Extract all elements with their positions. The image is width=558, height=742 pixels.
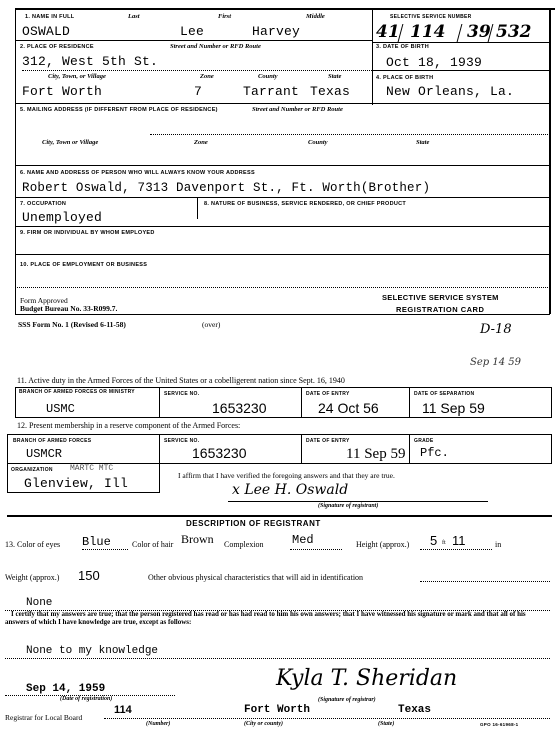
field6-underline <box>15 197 550 198</box>
field5-sub-city: City, Town or Village <box>42 139 98 146</box>
stamp-d18: D-18 <box>480 322 512 337</box>
ssn-boxes: 41 114 39 532 <box>372 24 550 43</box>
reserve-entry-label: Date of entry <box>306 438 350 444</box>
residence-street-value: 312, West 5th St. <box>22 54 158 69</box>
active-duty-table: Branch of armed forces or ministry USMC … <box>15 387 552 418</box>
active-service-no-label: Service no. <box>164 391 199 397</box>
card-bottom-border <box>15 314 550 315</box>
local-board-label: Registrar for Local Board <box>5 713 82 722</box>
registration-date-value: Sep 14, 1959 <box>26 683 105 695</box>
residence-state-value: Texas <box>310 84 350 99</box>
state-caption: (State) <box>378 721 394 727</box>
registrar-signature: Kyla T. Sheridan <box>276 666 457 691</box>
field2-sub-zone: Zone <box>200 73 214 80</box>
field1-sub-middle: Middle <box>306 13 325 20</box>
card-left-border <box>15 8 16 314</box>
other-characteristics-label: Other obvious physical characteristics t… <box>148 573 363 582</box>
reserve-service-no-value: 1653230 <box>192 445 247 461</box>
place-of-birth-value: New Orleans, La. <box>386 84 514 99</box>
card-top-border <box>15 8 555 10</box>
local-board-state: Texas <box>398 704 431 716</box>
ssn-label: Selective Service Number <box>390 14 472 20</box>
active-separation-label: Date of separation <box>414 391 474 397</box>
field10-underline <box>15 287 550 288</box>
first-name-value: Lee <box>180 24 204 39</box>
field9-label: 9. Firm or individual by whom employed <box>20 230 155 236</box>
field5-sub-state: State <box>416 139 429 146</box>
eyes-value: Blue <box>82 535 111 549</box>
col-divider-2 <box>301 388 302 417</box>
field9-underline <box>15 254 550 255</box>
field8-label: 8. Nature of business, service rendered,… <box>204 201 406 207</box>
field12-label: 12. Present membership in a reserve comp… <box>17 421 240 430</box>
reserve-service-no-label: Service no. <box>164 438 199 444</box>
certify-text: I certify that my answers are true; that… <box>5 611 550 626</box>
city-caption: (City or county) <box>244 721 283 727</box>
field11-label: 11. Active duty in the Armed Forces of t… <box>17 376 345 385</box>
complexion-label: Complexion <box>224 540 264 549</box>
height-inches-value: 11 <box>452 533 466 548</box>
active-service-no-value: 1653230 <box>212 400 267 416</box>
ssn-part-3: 39 <box>467 22 491 42</box>
field5-sub-street: Street and Number or RFD Route <box>252 106 343 113</box>
field7-8-divider <box>197 197 198 219</box>
organization-stamp: MARTC MTC <box>70 464 113 473</box>
field2-sub-state: State <box>328 73 341 80</box>
field5-sub-zone: Zone <box>194 139 208 146</box>
weight-value: 150 <box>78 568 100 583</box>
registration-date-caption: (Date of registration) <box>60 696 112 702</box>
reserve-col-divider-1 <box>159 435 160 463</box>
field7-underline <box>15 226 550 227</box>
budget-bureau-text: Budget Bureau No. 33-R099.7. <box>20 304 117 313</box>
registrant-signature-line <box>228 501 488 502</box>
mailing-dotted-line <box>150 134 550 135</box>
active-entry-value: 24 Oct 56 <box>318 400 379 416</box>
height-feet-value: 5 <box>430 533 437 548</box>
reserve-entry-value: 11 Sep 59 <box>346 446 405 463</box>
eyes-line <box>82 549 128 550</box>
field2-sub-street: Street and Number or RFD Route <box>170 43 261 50</box>
date-of-birth-value: Oct 18, 1939 <box>386 55 482 70</box>
height-label: Height (approx.) <box>356 540 409 549</box>
reserve-table: Branch of armed forces USMCR Service no.… <box>7 434 552 464</box>
active-branch-value: USMC <box>46 402 75 416</box>
eyes-label: 13. Color of eyes <box>5 540 60 549</box>
height-feet-unit: ft <box>442 540 446 546</box>
sss-title: SELECTIVE SERVICE SYSTEM <box>382 293 499 302</box>
local-board-number: 114 <box>114 704 132 716</box>
local-board-line <box>104 718 550 719</box>
exceptions-line <box>5 658 550 659</box>
reserve-col-divider-3 <box>409 435 410 463</box>
field2-sub-county: County <box>258 73 278 80</box>
weight-label: Weight (approx.) <box>5 573 59 582</box>
field2-label: 2. Place of residence <box>20 44 94 50</box>
card-right-border <box>549 8 551 314</box>
field6-label: 6. Name and address of person who will a… <box>20 170 255 176</box>
other-characteristics-value: None <box>26 597 52 609</box>
occupation-value: Unemployed <box>22 210 102 225</box>
complexion-value: Med <box>292 533 314 547</box>
field3-label: 3. Date of birth <box>376 44 429 50</box>
hair-label: Color of hair <box>132 540 173 549</box>
complexion-line <box>290 549 342 550</box>
residence-city-value: Fort Worth <box>22 84 102 99</box>
field1-sub-first: First <box>218 13 231 20</box>
registrant-signature: x Lee H. Oswald <box>232 482 348 498</box>
field3-underline <box>372 70 550 71</box>
description-heading: DESCRIPTION OF REGISTRANT <box>186 519 321 528</box>
description-divider <box>7 515 552 517</box>
field4-label: 4. Place of birth <box>376 75 433 81</box>
gpo-code: GPO 16-61968-1 <box>480 722 518 727</box>
field1-underline <box>15 40 372 41</box>
organization-box: Organization MARTC MTC Glenview, Ill <box>7 463 160 493</box>
field10-label: 10. Place of employment or business <box>20 262 147 268</box>
ssn-part-4: 532 <box>496 22 532 42</box>
registrant-signature-caption: (Signature of registrant) <box>318 503 378 509</box>
reserve-branch-value: USMCR <box>26 447 62 461</box>
field7-label: 7. Occupation <box>20 201 66 207</box>
ssn-divider-2 <box>457 24 463 42</box>
field5-sub-county: County <box>308 139 328 146</box>
affirm-text: I affirm that I have verified the forego… <box>178 471 395 480</box>
col-divider-3 <box>409 388 410 417</box>
reserve-grade-label: Grade <box>414 438 434 444</box>
hair-value: Brown <box>181 532 214 547</box>
col-divider-1 <box>159 388 160 417</box>
right-column-divider <box>372 8 373 105</box>
organization-value: Glenview, Ill <box>24 476 128 491</box>
organization-label: Organization <box>11 467 53 473</box>
registrar-signature-caption: (Signature of registrar) <box>318 697 376 703</box>
ssn-part-1: 41 <box>376 22 400 42</box>
reserve-branch-label: Branch of armed forces <box>13 438 91 444</box>
registration-card-title: REGISTRATION CARD <box>396 305 484 314</box>
field1-sub-last: Last <box>128 13 140 20</box>
local-board-city: Fort Worth <box>244 704 310 716</box>
residence-zone-value: 7 <box>194 84 202 99</box>
field2-underline <box>15 103 550 104</box>
number-caption: (Number) <box>146 721 170 727</box>
ssn-part-2: 114 <box>410 22 446 42</box>
over-indicator: (over) <box>202 320 220 329</box>
height-line <box>420 549 492 550</box>
middle-name-value: Harvey <box>252 24 300 39</box>
residence-county-value: Tarrant <box>243 84 299 99</box>
form-number: SSS Form No. 1 (Revised 6-11-58) <box>18 320 126 329</box>
height-inches-unit: in <box>495 540 501 549</box>
field1-label: 1. Name in full <box>25 14 74 20</box>
active-entry-label: Date of entry <box>306 391 350 397</box>
field5-underline <box>15 165 550 166</box>
active-branch-label: Branch of armed forces or ministry <box>19 390 149 395</box>
exceptions-value: None to my knowledge <box>26 645 158 657</box>
active-separation-value: 11 Sep 59 <box>422 400 485 416</box>
field2-sub-city: City, Town, or Village <box>48 73 106 80</box>
reserve-col-divider-2 <box>301 435 302 463</box>
handwritten-note: Sep 14 59 <box>470 357 521 368</box>
contact-person-value: Robert Oswald, 7313 Davenport St., Ft. W… <box>22 181 430 195</box>
other-characteristics-line <box>420 581 550 582</box>
street-dotted-line <box>22 70 372 71</box>
reserve-grade-value: Pfc. <box>420 446 449 460</box>
last-name-value: OSWALD <box>22 24 70 39</box>
field5-label: 5. Mailing address (If different from pl… <box>20 107 218 113</box>
